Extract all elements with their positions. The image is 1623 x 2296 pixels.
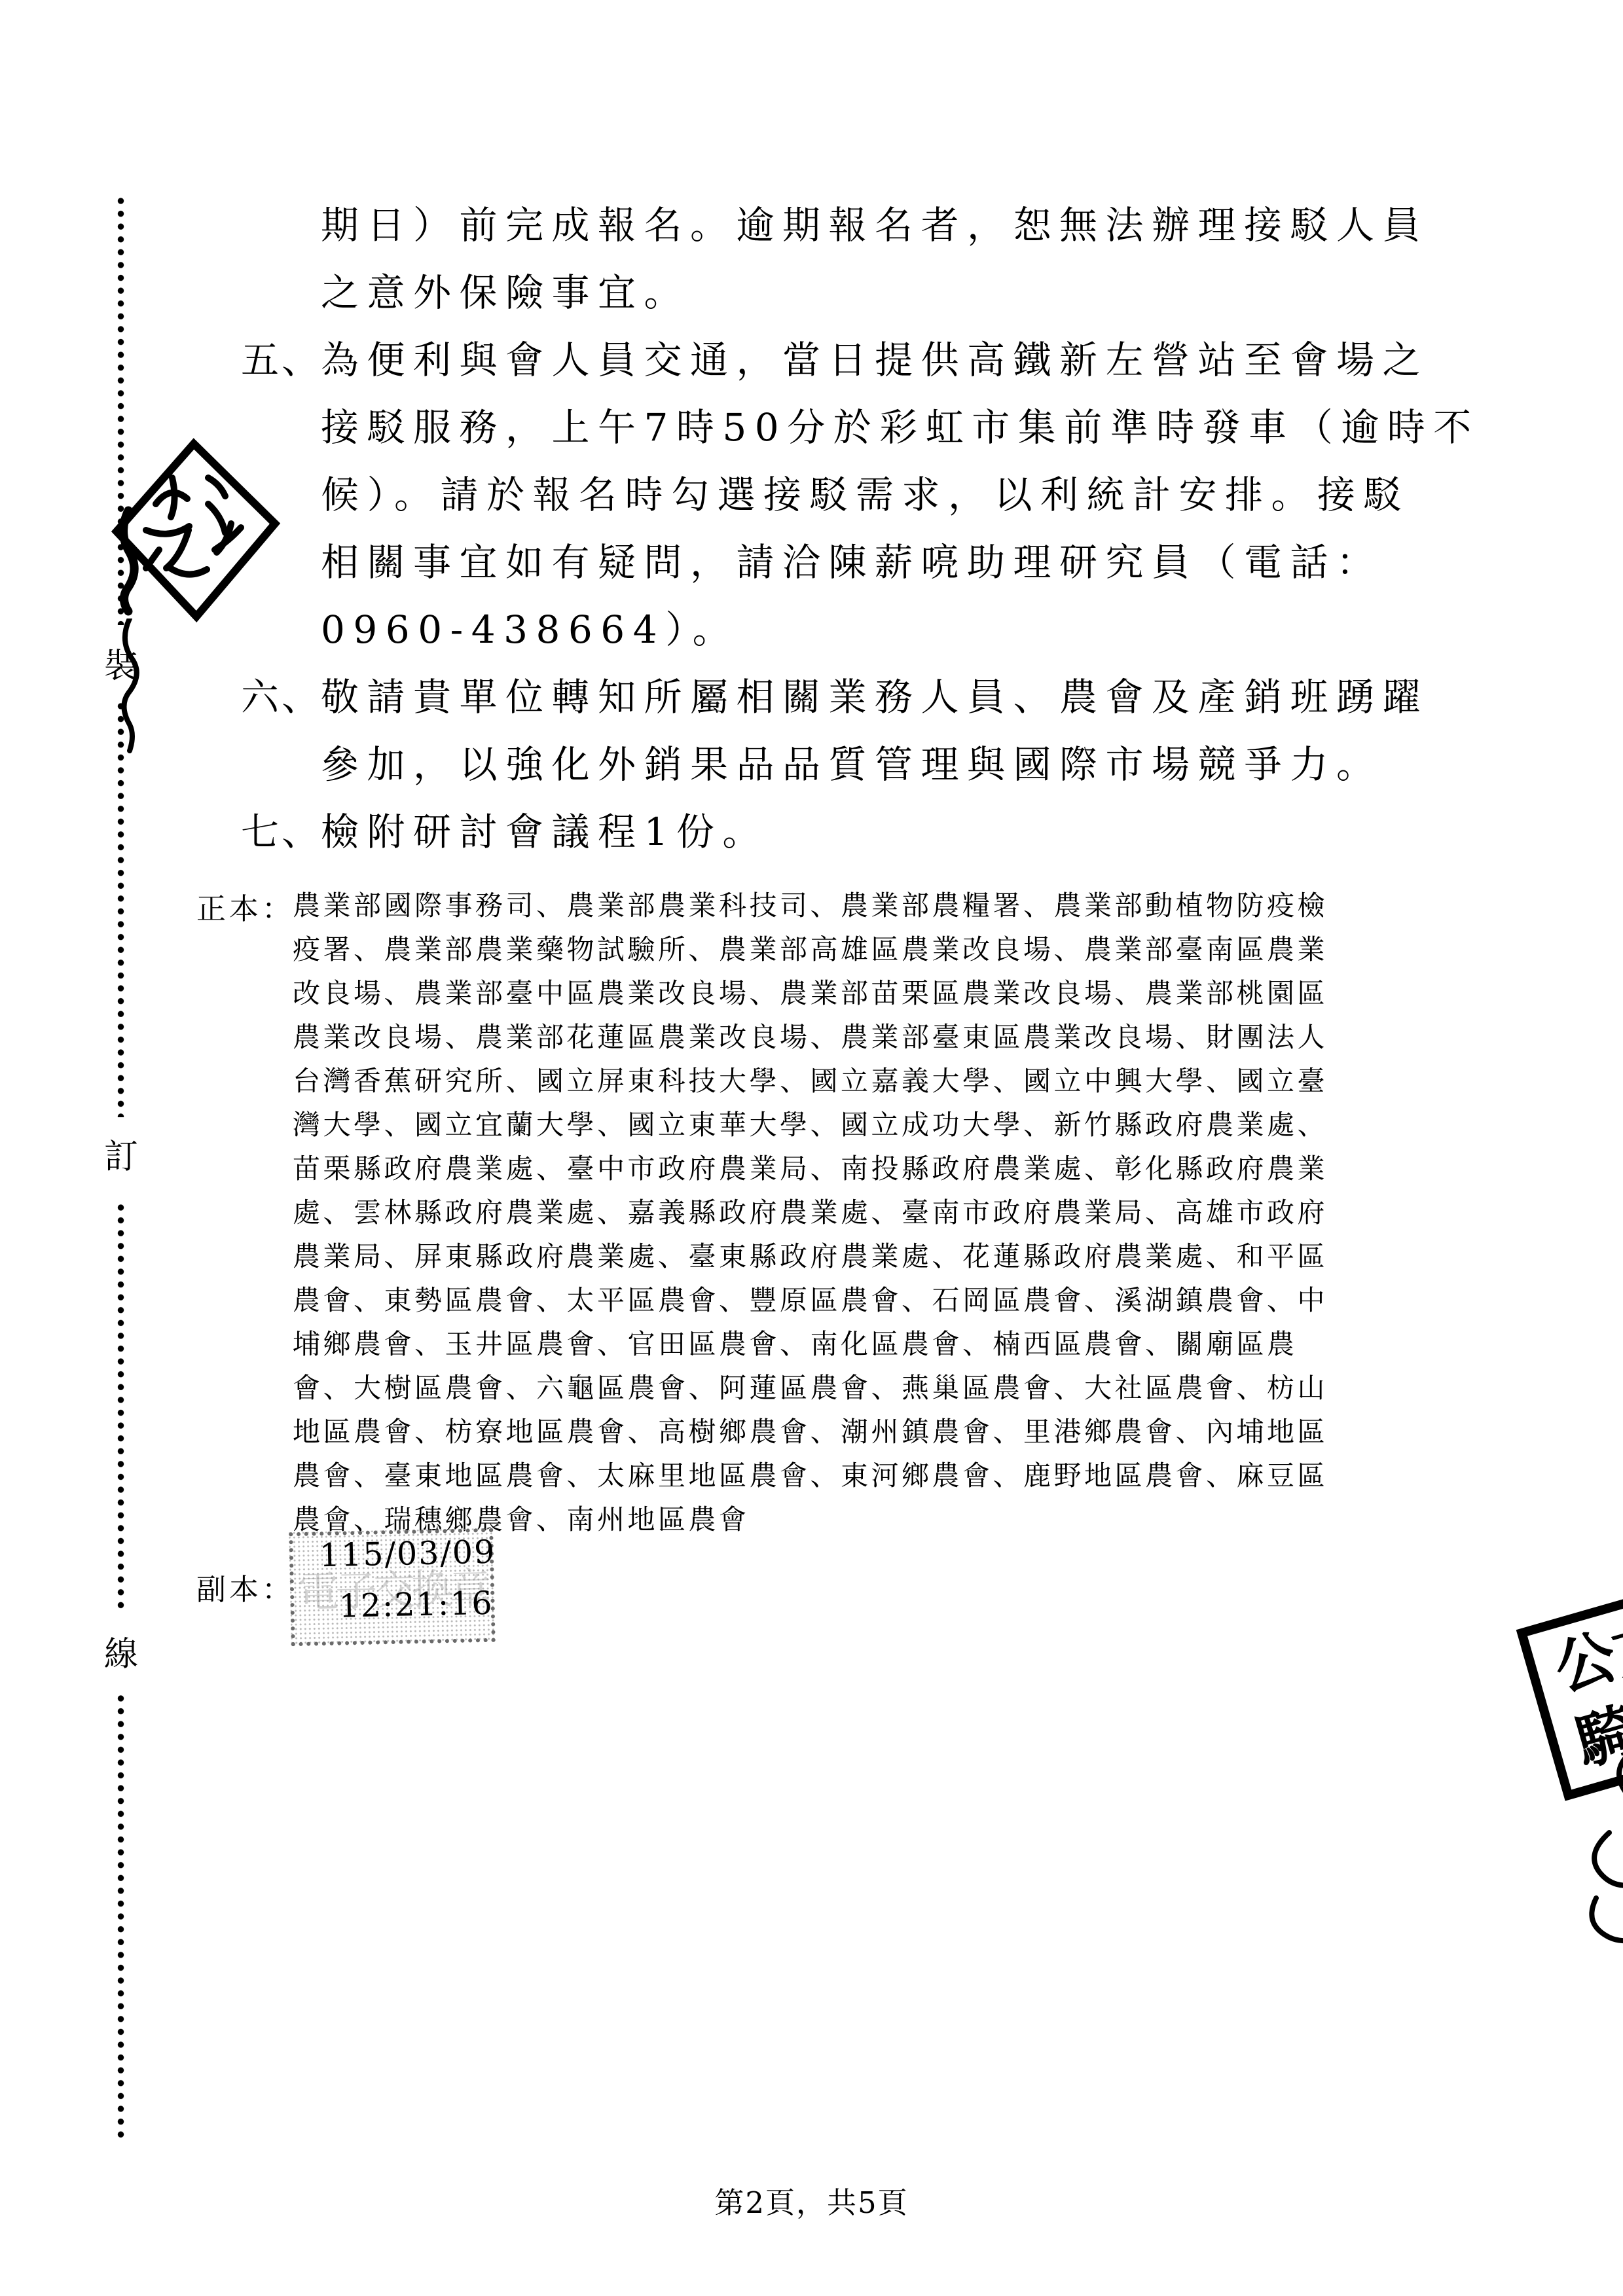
recipient-line: 疫署、農業部農業藥物試驗所、農業部高雄區農業改良場、農業部臺南區農業 [293,927,1451,971]
body-text: 相關事宜如有疑問，請洽陳薪喨助理研究員（電話： [321,540,1383,584]
item-number: 六、 [241,664,321,731]
recipient-line: 會、大樹區農會、六龜區農會、阿蓮區農會、燕巢區農會、大社區農會、枋山 [293,1366,1451,1410]
recipient-line: 農會、臺東地區農會、太麻里地區農會、東河鄉農會、鹿野地區農會、麻豆區 [293,1454,1451,1498]
body-text: 參加，以強化外銷果品品質管理與國際市場競爭力。 [321,742,1383,787]
original-copy-label: 正本： [196,885,295,927]
body-text: 為便利與會人員交通，當日提供高鐵新左營站至會場之 [321,338,1429,382]
recipient-line: 灣大學、國立宜蘭大學、國立東華大學、國立成功大學、新竹縣政府農業處、 [293,1103,1451,1147]
body-line: 0960-438664）。 [241,596,1480,664]
recipient-line: 埔鄉農會、玉井區農會、官田區農會、南化區農會、楠西區農會、關廟區農 [293,1322,1451,1366]
recipient-line: 農業部國際事務司、農業部農業科技司、農業部農糧署、農業部動植物防疫檢 [293,884,1451,927]
binding-dotted-line [117,1694,124,2139]
body-line: 六、敬請貴單位轉知所屬相關業務人員、農會及產銷班踴躍 [241,664,1480,731]
body-line: 期日）前完成報名。逾期報名者，恕無法辦理接駁人員 [241,192,1480,259]
stamp-time: 12:21:16 [338,1585,494,1625]
handwritten-scribble-mark [1570,1734,1623,1950]
binding-dotted-line [117,1203,124,1614]
item-number: 七、 [241,798,321,866]
body-line: 候）。請於報名時勾選接駁需求，以利統計安排。接駁 [241,461,1480,529]
body-line: 相關事宜如有疑問，請洽陳薪喨助理研究員（電話： [241,529,1480,596]
carbon-copy-label: 副本： [196,1566,295,1608]
recipients-list: 農業部國際事務司、農業部農業科技司、農業部農糧署、農業部動植物防疫檢 疫署、農業… [293,884,1451,1541]
electronic-exchange-stamp: 電子交換章 115/03/09 12:21:16 [289,1528,496,1646]
scanned-official-document-page: 裝 訂 線 期日）前完成報名。逾期報名者，恕無法辦理接駁人員 之意外保險事宜。 … [0,0,1623,2296]
recipient-line: 農會、東勢區農會、太平區農會、豐原區農會、石岡區農會、溪湖鎮農會、中 [293,1278,1451,1322]
body-line: 七、檢附研討會議程1份。 [241,798,1480,866]
body-text-block: 期日）前完成報名。逾期報名者，恕無法辦理接駁人員 之意外保險事宜。 五、為便利與… [241,192,1480,866]
body-text: 接駁服務，上午7時50分於彩虹市集前準時發車（逾時不 [321,405,1480,450]
body-text: 之意外保險事宜。 [321,270,690,315]
body-text: 0960-438664）。 [321,607,739,652]
body-text: 檢附研討會議程1份。 [321,810,769,854]
recipient-line: 農業局、屏東縣政府農業處、臺東縣政府農業處、花蓮縣政府農業處、和平區 [293,1234,1451,1278]
ink-squiggle-mark [113,619,152,759]
body-line: 五、為便利與會人員交通，當日提供高鐵新左營站至會場之 [241,327,1480,394]
binding-dotted-line [117,702,124,1117]
recipient-line: 改良場、農業部臺中區農業改良場、農業部苗栗區農業改良場、農業部桃園區 [293,971,1451,1015]
recipient-line: 台灣香蕉研究所、國立屏東科技大學、國立嘉義大學、國立中興大學、國立臺 [293,1059,1451,1103]
seam-stamp-row: 公文 [1531,1604,1623,1705]
recipient-line: 苗栗縣政府農業處、臺中市政府農業局、南投縣政府農業處、彰化縣政府農業 [293,1147,1451,1191]
body-text: 敬請貴單位轉知所屬相關業務人員、農會及產銷班踴躍 [321,675,1429,719]
body-text: 期日）前完成報名。逾期報名者，恕無法辦理接駁人員 [321,203,1429,247]
recipient-line: 處、雲林縣政府農業處、嘉義縣政府農業處、臺南市政府農業局、高雄市政府 [293,1191,1451,1234]
stamp-date: 115/03/09 [319,1534,496,1575]
binding-mark-xian: 線 [98,1635,144,1674]
body-line: 接駁服務，上午7時50分於彩虹市集前準時發車（逾時不 [241,394,1480,461]
body-text: 候）。請於報名時勾選接駁需求，以利統計安排。接駁 [321,473,1410,517]
body-line: 之意外保險事宜。 [241,259,1480,327]
page-number-footer: 第2頁，共5頁 [0,2183,1623,2223]
recipient-line: 地區農會、枋寮地區農會、高樹鄉農會、潮州鎮農會、里港鄉農會、內埔地區 [293,1410,1451,1454]
body-line: 參加，以強化外銷果品品質管理與國際市場競爭力。 [241,731,1480,798]
item-number: 五、 [241,327,321,394]
recipient-line: 農業改良場、農業部花蓮區農業改良場、農業部臺東區農業改良場、財團法人 [293,1015,1451,1059]
binding-mark-ding: 訂 [98,1138,144,1177]
